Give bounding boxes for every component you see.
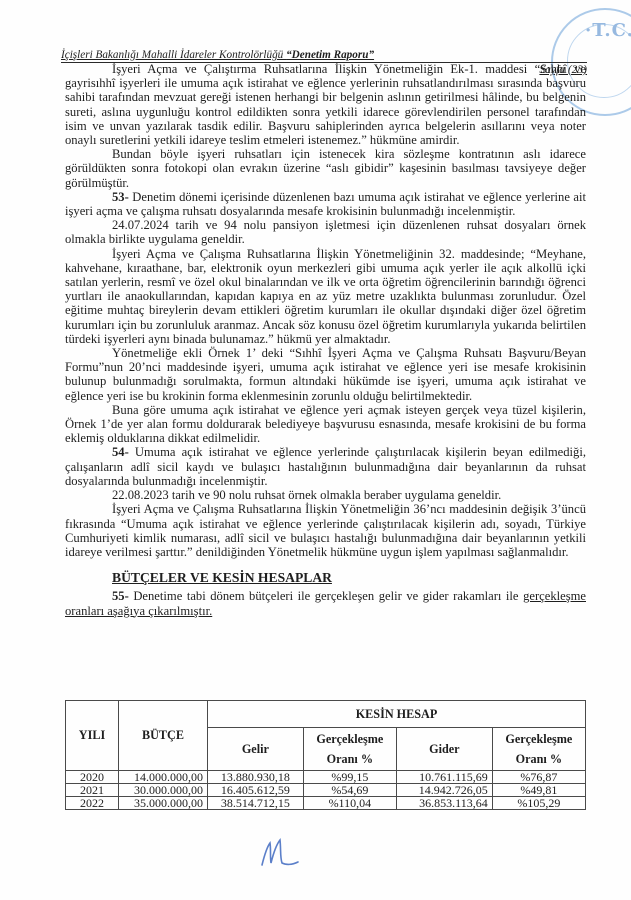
header-line: Oranı % bbox=[327, 752, 373, 766]
cell-expense-rate: %105,29 bbox=[492, 797, 585, 810]
official-seal-text: ·T.C.· bbox=[585, 20, 631, 41]
header-line: Oranı % bbox=[516, 752, 562, 766]
finding-text: Denetim dönemi içerisinde düzenlenen baz… bbox=[65, 190, 586, 218]
paragraph: İşyeri Açma ve Çalışma Ruhsatlarına İliş… bbox=[65, 502, 586, 559]
column-header-income: Gelir bbox=[208, 728, 304, 771]
paragraph: 24.07.2024 tarih ve 94 nolu pansiyon işl… bbox=[65, 218, 586, 246]
table-row: 2022 35.000.000,00 38.514.712,15 %110,04… bbox=[66, 797, 586, 810]
cell-budget: 35.000.000,00 bbox=[119, 797, 208, 810]
column-group-header-final-account: KESİN HESAP bbox=[208, 701, 586, 728]
finding-55: 55- Denetime tabi dönem bütçeleri ile ge… bbox=[65, 589, 586, 617]
page-header: İçişleri Bakanlığı Mahalli İdareler Kont… bbox=[61, 44, 587, 63]
cell-year: 2021 bbox=[66, 784, 119, 797]
cell-budget: 14.000.000,00 bbox=[119, 771, 208, 784]
cell-expense-rate: %76,87 bbox=[492, 771, 585, 784]
cell-expense: 10.761.115,69 bbox=[396, 771, 492, 784]
column-header-income-rate: GerçekleşmeOranı % bbox=[303, 728, 396, 771]
handwritten-signature-icon bbox=[258, 835, 304, 869]
table-row: 2020 14.000.000,00 13.880.930,18 %99,15 … bbox=[66, 771, 586, 784]
cell-expense: 36.853.113,64 bbox=[396, 797, 492, 810]
cell-budget: 30.000.000,00 bbox=[119, 784, 208, 797]
cell-year: 2022 bbox=[66, 797, 119, 810]
finding-53: 53- Denetim dönemi içerisinde düzenlenen… bbox=[65, 190, 586, 218]
cell-expense: 14.942.726,05 bbox=[396, 784, 492, 797]
cell-income-rate: %54,69 bbox=[303, 784, 396, 797]
header-line: Gerçekleşme bbox=[505, 732, 572, 746]
finding-text: Denetime tabi dönem bütçeleri ile gerçek… bbox=[129, 589, 523, 603]
budget-table: YILI BÜTÇE KESİN HESAP Gelir Gerçekleşme… bbox=[65, 700, 586, 810]
cell-income: 16.405.612,59 bbox=[208, 784, 304, 797]
column-header-year: YILI bbox=[66, 701, 119, 771]
finding-number: 54- bbox=[112, 445, 129, 459]
table-header-row: YILI BÜTÇE KESİN HESAP bbox=[66, 701, 586, 728]
finding-text: Umuma açık istirahat ve eğlence yerlerin… bbox=[65, 445, 586, 487]
cell-income-rate: %110,04 bbox=[303, 797, 396, 810]
cell-year: 2020 bbox=[66, 771, 119, 784]
section-heading: BÜTÇELER VE KESİN HESAPLAR bbox=[65, 571, 586, 585]
finding-number: 55- bbox=[112, 589, 129, 603]
cell-income-rate: %99,15 bbox=[303, 771, 396, 784]
paragraph: Bundan böyle işyeri ruhsatları için iste… bbox=[65, 147, 586, 190]
paragraph: Buna göre umuma açık istirahat ve eğlenc… bbox=[65, 403, 586, 446]
paragraph: İşyeri Açma ve Çalışma Ruhsatlarına İliş… bbox=[65, 247, 586, 346]
header-line: Gerçekleşme bbox=[316, 732, 383, 746]
cell-expense-rate: %49,81 bbox=[492, 784, 585, 797]
document-body: İşyeri Açma ve Çalıştırma Ruhsatlarına İ… bbox=[65, 62, 586, 618]
column-header-expense: Gider bbox=[396, 728, 492, 771]
report-title: İçişleri Bakanlığı Mahalli İdareler Kont… bbox=[61, 49, 374, 61]
finding-54: 54- Umuma açık istirahat ve eğlence yerl… bbox=[65, 445, 586, 488]
report-title-prefix: İçişleri Bakanlığı Mahalli İdareler Kont… bbox=[61, 49, 286, 61]
paragraph: Yönetmeliğe ekli Örnek 1’ deki “Sıhhî İş… bbox=[65, 346, 586, 403]
paragraph: 22.08.2023 tarih ve 90 nolu ruhsat örnek… bbox=[65, 488, 586, 502]
table-row: 2021 30.000.000,00 16.405.612,59 %54,69 … bbox=[66, 784, 586, 797]
column-header-expense-rate: GerçekleşmeOranı % bbox=[492, 728, 585, 771]
column-header-budget: BÜTÇE bbox=[119, 701, 208, 771]
cell-income: 13.880.930,18 bbox=[208, 771, 304, 784]
finding-number: 53- bbox=[112, 190, 129, 204]
cell-income: 38.514.712,15 bbox=[208, 797, 304, 810]
report-title-name: “Denetim Raporu” bbox=[286, 49, 374, 61]
document-page: ·T.C.· İçişleri Bakanlığı Mahalli İdarel… bbox=[0, 0, 631, 900]
paragraph: İşyeri Açma ve Çalıştırma Ruhsatlarına İ… bbox=[65, 62, 586, 147]
